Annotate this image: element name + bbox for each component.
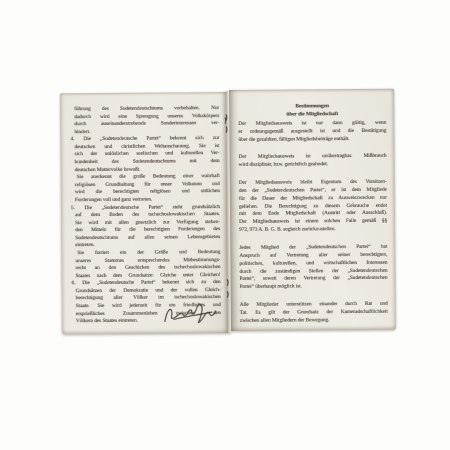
staple-icon: [221, 113, 227, 122]
page-heading: Bestimmungen über die Mitgliedschaft: [238, 102, 386, 120]
text-line: Partei“, soweit deren Vertretung der „Su…: [240, 275, 388, 284]
right-page-text: Bestimmungen über die Mitgliedschaft Der…: [238, 102, 388, 326]
heading-line-2: über die Mitgliedschaft: [238, 110, 386, 119]
signature-konrad-henlein: [162, 298, 220, 327]
paragraph: Der Mitgliedsausweis ist nur dann gültig…: [238, 120, 386, 145]
staple-icon: [223, 278, 229, 287]
paragraph: Alle Mitglieder unterstützen einander du…: [240, 301, 388, 326]
booklet-spread: führung des Sudetendeutschtums vorbehalt…: [60, 88, 396, 336]
page-left: führung des Sudetendeutschtums vorbehalt…: [60, 92, 228, 334]
left-page-text: führung des Sudetendeutschtums vorbehalt…: [70, 105, 221, 326]
page-right: Bestimmungen über die Mitgliedschaft Der…: [229, 88, 396, 330]
paragraph: Der Mitgliedsausweis ist unübertragbar. …: [239, 153, 387, 170]
paragraph: Jedes Mitglied der „Sudetendeutschen Par…: [239, 244, 387, 293]
text-line: zwischen allen Mitgliedern der Bewegung.: [240, 316, 388, 325]
text-line: Tat. Es gilt der Grundsatz der Kameradsc…: [240, 309, 388, 318]
text-line: Partei“ überhaupt möglich ist.: [240, 283, 388, 292]
text-line: bundenheit des Sudetendeutschtums mit de…: [71, 158, 220, 167]
scan-background: führung des Sudetendeutschtums vorbehalt…: [0, 0, 450, 450]
paragraph: Der Mitgliedsausweis bleibt Eigentum des…: [239, 179, 387, 235]
right-page-paragraphs: Der Mitgliedsausweis ist nur dann gültig…: [238, 120, 388, 326]
text-line: wird disziplinär, bzw. gerichtlich geahn…: [239, 161, 387, 170]
staple-icon: [221, 125, 227, 134]
text-line: durch auseinanderstrebende Sonderinteres…: [70, 120, 219, 129]
text-line: 972, 973 A. B. G. B. sogleich zurückzust…: [239, 226, 387, 235]
text-line: über die gezahlten, fälligen Mitgliedsbe…: [238, 136, 386, 145]
staple-icon: [223, 290, 229, 299]
